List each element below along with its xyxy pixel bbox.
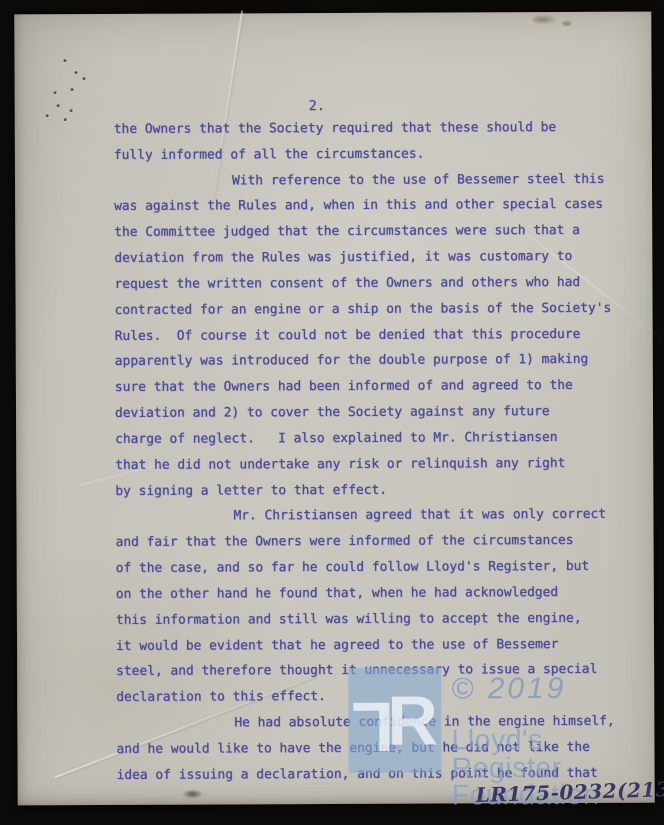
typed-line: sure that the Owners had been informed o… (115, 373, 620, 401)
typed-line: deviation from the Rules was justified, … (114, 244, 619, 272)
typed-line: steel, and therefore thought it unnecess… (116, 657, 621, 685)
typed-line: apparently was introduced for the double… (115, 347, 620, 375)
typed-line: He had absolute confidence in the engine… (116, 709, 621, 737)
typed-line: by signing a letter to that effect. (115, 476, 620, 504)
pin-hole (71, 88, 74, 91)
pin-hole (83, 77, 86, 80)
pin-hole (46, 114, 49, 117)
typed-line: and he would like to have the engine, bu… (116, 735, 621, 763)
pin-hole (64, 118, 67, 121)
typed-line: Mr. Christiansen agreed that it was only… (115, 502, 620, 530)
typed-line: was against the Rules and, when in this … (114, 192, 619, 220)
typed-line: declaration to this effect. (116, 683, 621, 711)
typed-line: that he did not undertake any risk or re… (115, 451, 620, 479)
typed-line: charge of neglect. I also explained to M… (115, 425, 620, 453)
pin-hole (75, 71, 78, 74)
typed-line: and fair that the Owners were informed o… (116, 528, 621, 556)
typed-line: it would be evident that he agreed to th… (116, 631, 621, 659)
pin-hole (63, 59, 66, 62)
typed-line: the Committee judged that the circumstan… (114, 218, 619, 246)
pin-hole (54, 91, 57, 94)
scan-background: { "page": { "number": "2.", "reference":… (0, 0, 664, 825)
paper-stain (532, 14, 558, 25)
typed-line: the Owners that the Society required tha… (114, 115, 619, 143)
typed-line: on the other hand he found that, when he… (116, 580, 621, 608)
page-number: 2. (309, 98, 325, 114)
ink-smudge (183, 790, 203, 799)
typed-line: fully informed of all the circumstances. (114, 141, 619, 169)
pin-hole (57, 104, 60, 107)
typed-line: contracted for an engine or a ship on th… (115, 296, 620, 324)
typed-line: of the case, and so far he could follow … (116, 554, 621, 582)
document-page: 2. the Owners that the Society required … (14, 12, 654, 806)
typed-line: With reference to the use of Bessemer st… (114, 166, 619, 194)
typed-line: Rules. Of course it could not be denied … (115, 321, 620, 349)
archive-reference-handwriting: LR175-0232(213) (475, 777, 664, 807)
typed-text-block: the Owners that the Society required tha… (114, 115, 622, 789)
typed-line: deviation and 2) to cover the Society ag… (115, 399, 620, 427)
typed-line: request the written consent of the Owner… (114, 270, 619, 298)
pin-hole (70, 109, 73, 112)
paper-stain (562, 21, 571, 26)
typed-line: this information and still was willing t… (116, 605, 621, 633)
